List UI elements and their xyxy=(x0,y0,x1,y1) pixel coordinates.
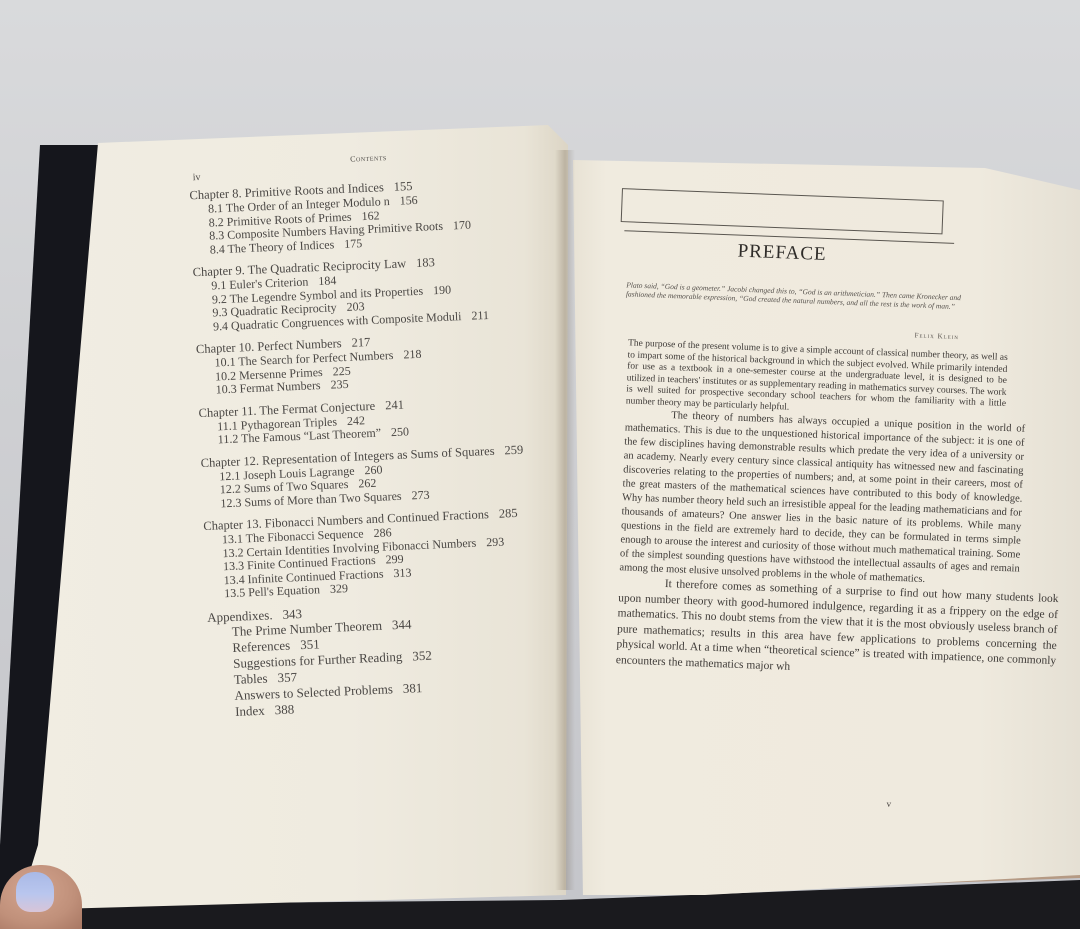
running-head: Contents xyxy=(350,150,387,167)
page-number: v xyxy=(886,799,891,809)
toc-chapter: Chapter 8. Primitive Roots and Indices15… xyxy=(189,175,514,257)
book-gutter xyxy=(555,150,575,890)
toc-chapter: Chapter 9. The Quadratic Reciprocity Law… xyxy=(192,252,517,334)
toc-chapter: Chapter 13. Fibonacci Numbers and Contin… xyxy=(203,506,529,602)
epigraph-attribution: Felix Klein xyxy=(914,331,959,341)
preface-paragraph: It therefore comes as something of a sur… xyxy=(616,575,1059,685)
page-folio: iv xyxy=(192,170,200,185)
toc-chapter: Chapter 12. Representation of Integers a… xyxy=(200,442,525,511)
preface-paragraph: The theory of numbers has always occupie… xyxy=(619,407,1025,590)
preface-title: PREFACE xyxy=(737,241,827,266)
toc-appendixes: Appendixes.343 The Prime Number Theorem3… xyxy=(207,596,534,720)
toc-chapter: Chapter 11. The Fermat Conjecture241 11.… xyxy=(198,392,522,447)
table-of-contents: Chapter 8. Primitive Roots and Indices15… xyxy=(189,175,534,729)
toc-chapter: Chapter 10. Perfect Numbers217 10.1 The … xyxy=(196,329,521,398)
preface-body: The purpose of the present volume is to … xyxy=(616,338,1008,682)
painted-fingernail xyxy=(16,872,54,912)
